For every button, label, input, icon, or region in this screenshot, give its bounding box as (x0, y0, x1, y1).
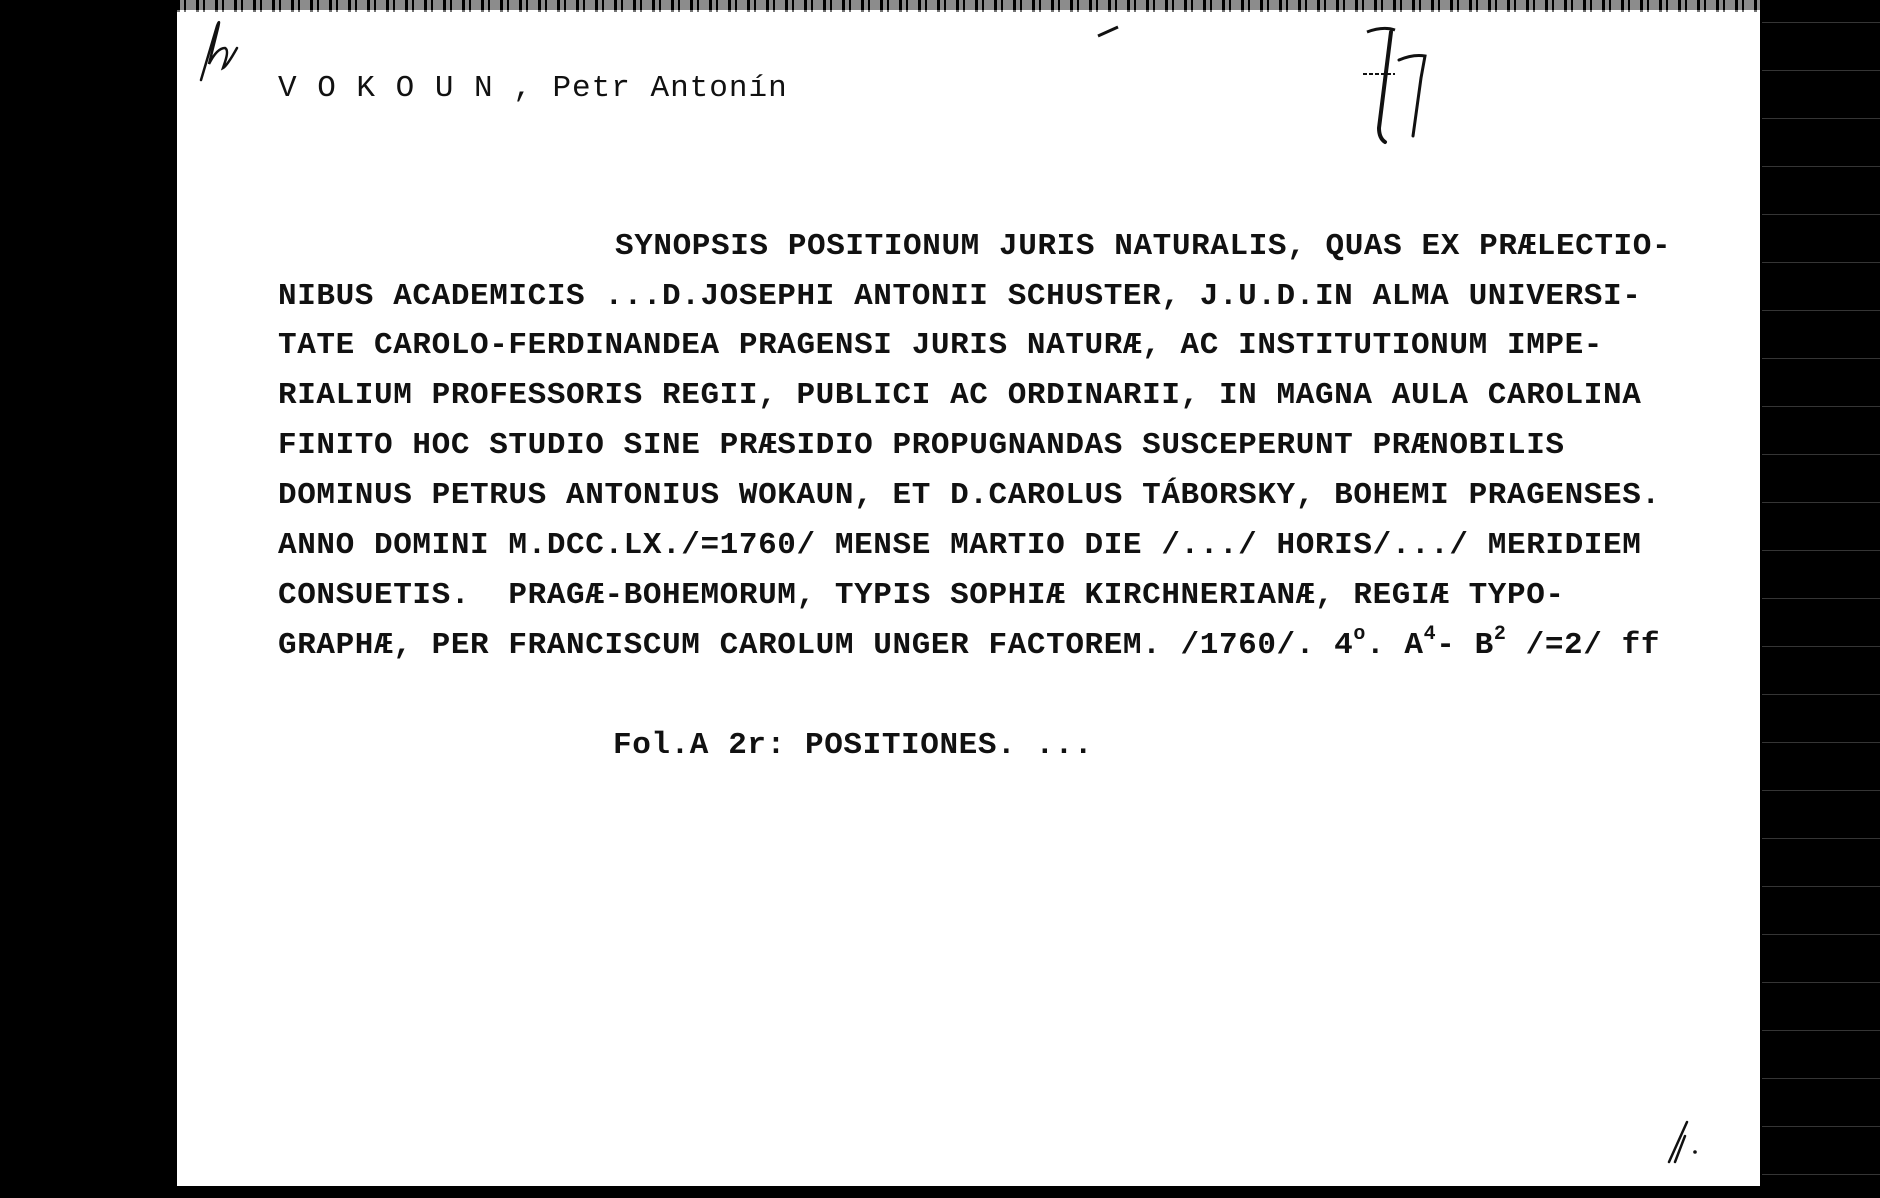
scan-edge-noise (1762, 0, 1880, 1198)
author-heading: V O K O U N , Petr Antonín (278, 73, 788, 104)
signature-b-label: - B (1436, 628, 1494, 663)
title-line-2: NIBUS ACADEMICIS ...D.JOSEPHI ANTONII SC… (278, 281, 1641, 312)
folio-note: Fol.A 2r: POSITIONES. ... (613, 730, 1093, 761)
collation-line: GRAPHÆ, PER FRANCISCUM CAROLUM UNGER FAC… (278, 630, 1660, 661)
title-line-5: FINITO HOC STUDIO SINE PRÆSIDIO PROPUGNA… (278, 430, 1565, 461)
signature-b-superscript: 2 (1494, 623, 1507, 646)
author-given-names: Petr Antonín (552, 71, 787, 106)
author-surname: V O K O U N (278, 71, 494, 106)
format-superscript: o (1353, 623, 1366, 646)
title-line-6: DOMINUS PETRUS ANTONIUS WOKAUN, ET D.CAR… (278, 480, 1661, 511)
signature-a-superscript: 4 (1424, 623, 1437, 646)
imprint-line-1: ANNO DOMINI M.DCC.LX./=1760/ MENSE MARTI… (278, 530, 1641, 561)
heading-separator: , (494, 71, 553, 106)
title-line-1: SYNOPSIS POSITIONUM JURIS NATURALIS, QUA… (615, 231, 1671, 262)
collation-text: GRAPHÆ, PER FRANCISCUM CAROLUM UNGER FAC… (278, 628, 1353, 663)
imprint-line-2: CONSUETIS. PRAGÆ-BOHEMORUM, TYPIS SOPHIÆ… (278, 580, 1565, 611)
title-line-3: TATE CAROLO-FERDINANDEA PRAGENSI JURIS N… (278, 330, 1603, 361)
title-line-4: RIALIUM PROFESSORIS REGII, PUBLICI AC OR… (278, 380, 1641, 411)
signature-a-label: . A (1366, 628, 1424, 663)
card-torn-top-edge (177, 0, 1760, 12)
leaf-count: /=2/ ff (1506, 628, 1660, 663)
